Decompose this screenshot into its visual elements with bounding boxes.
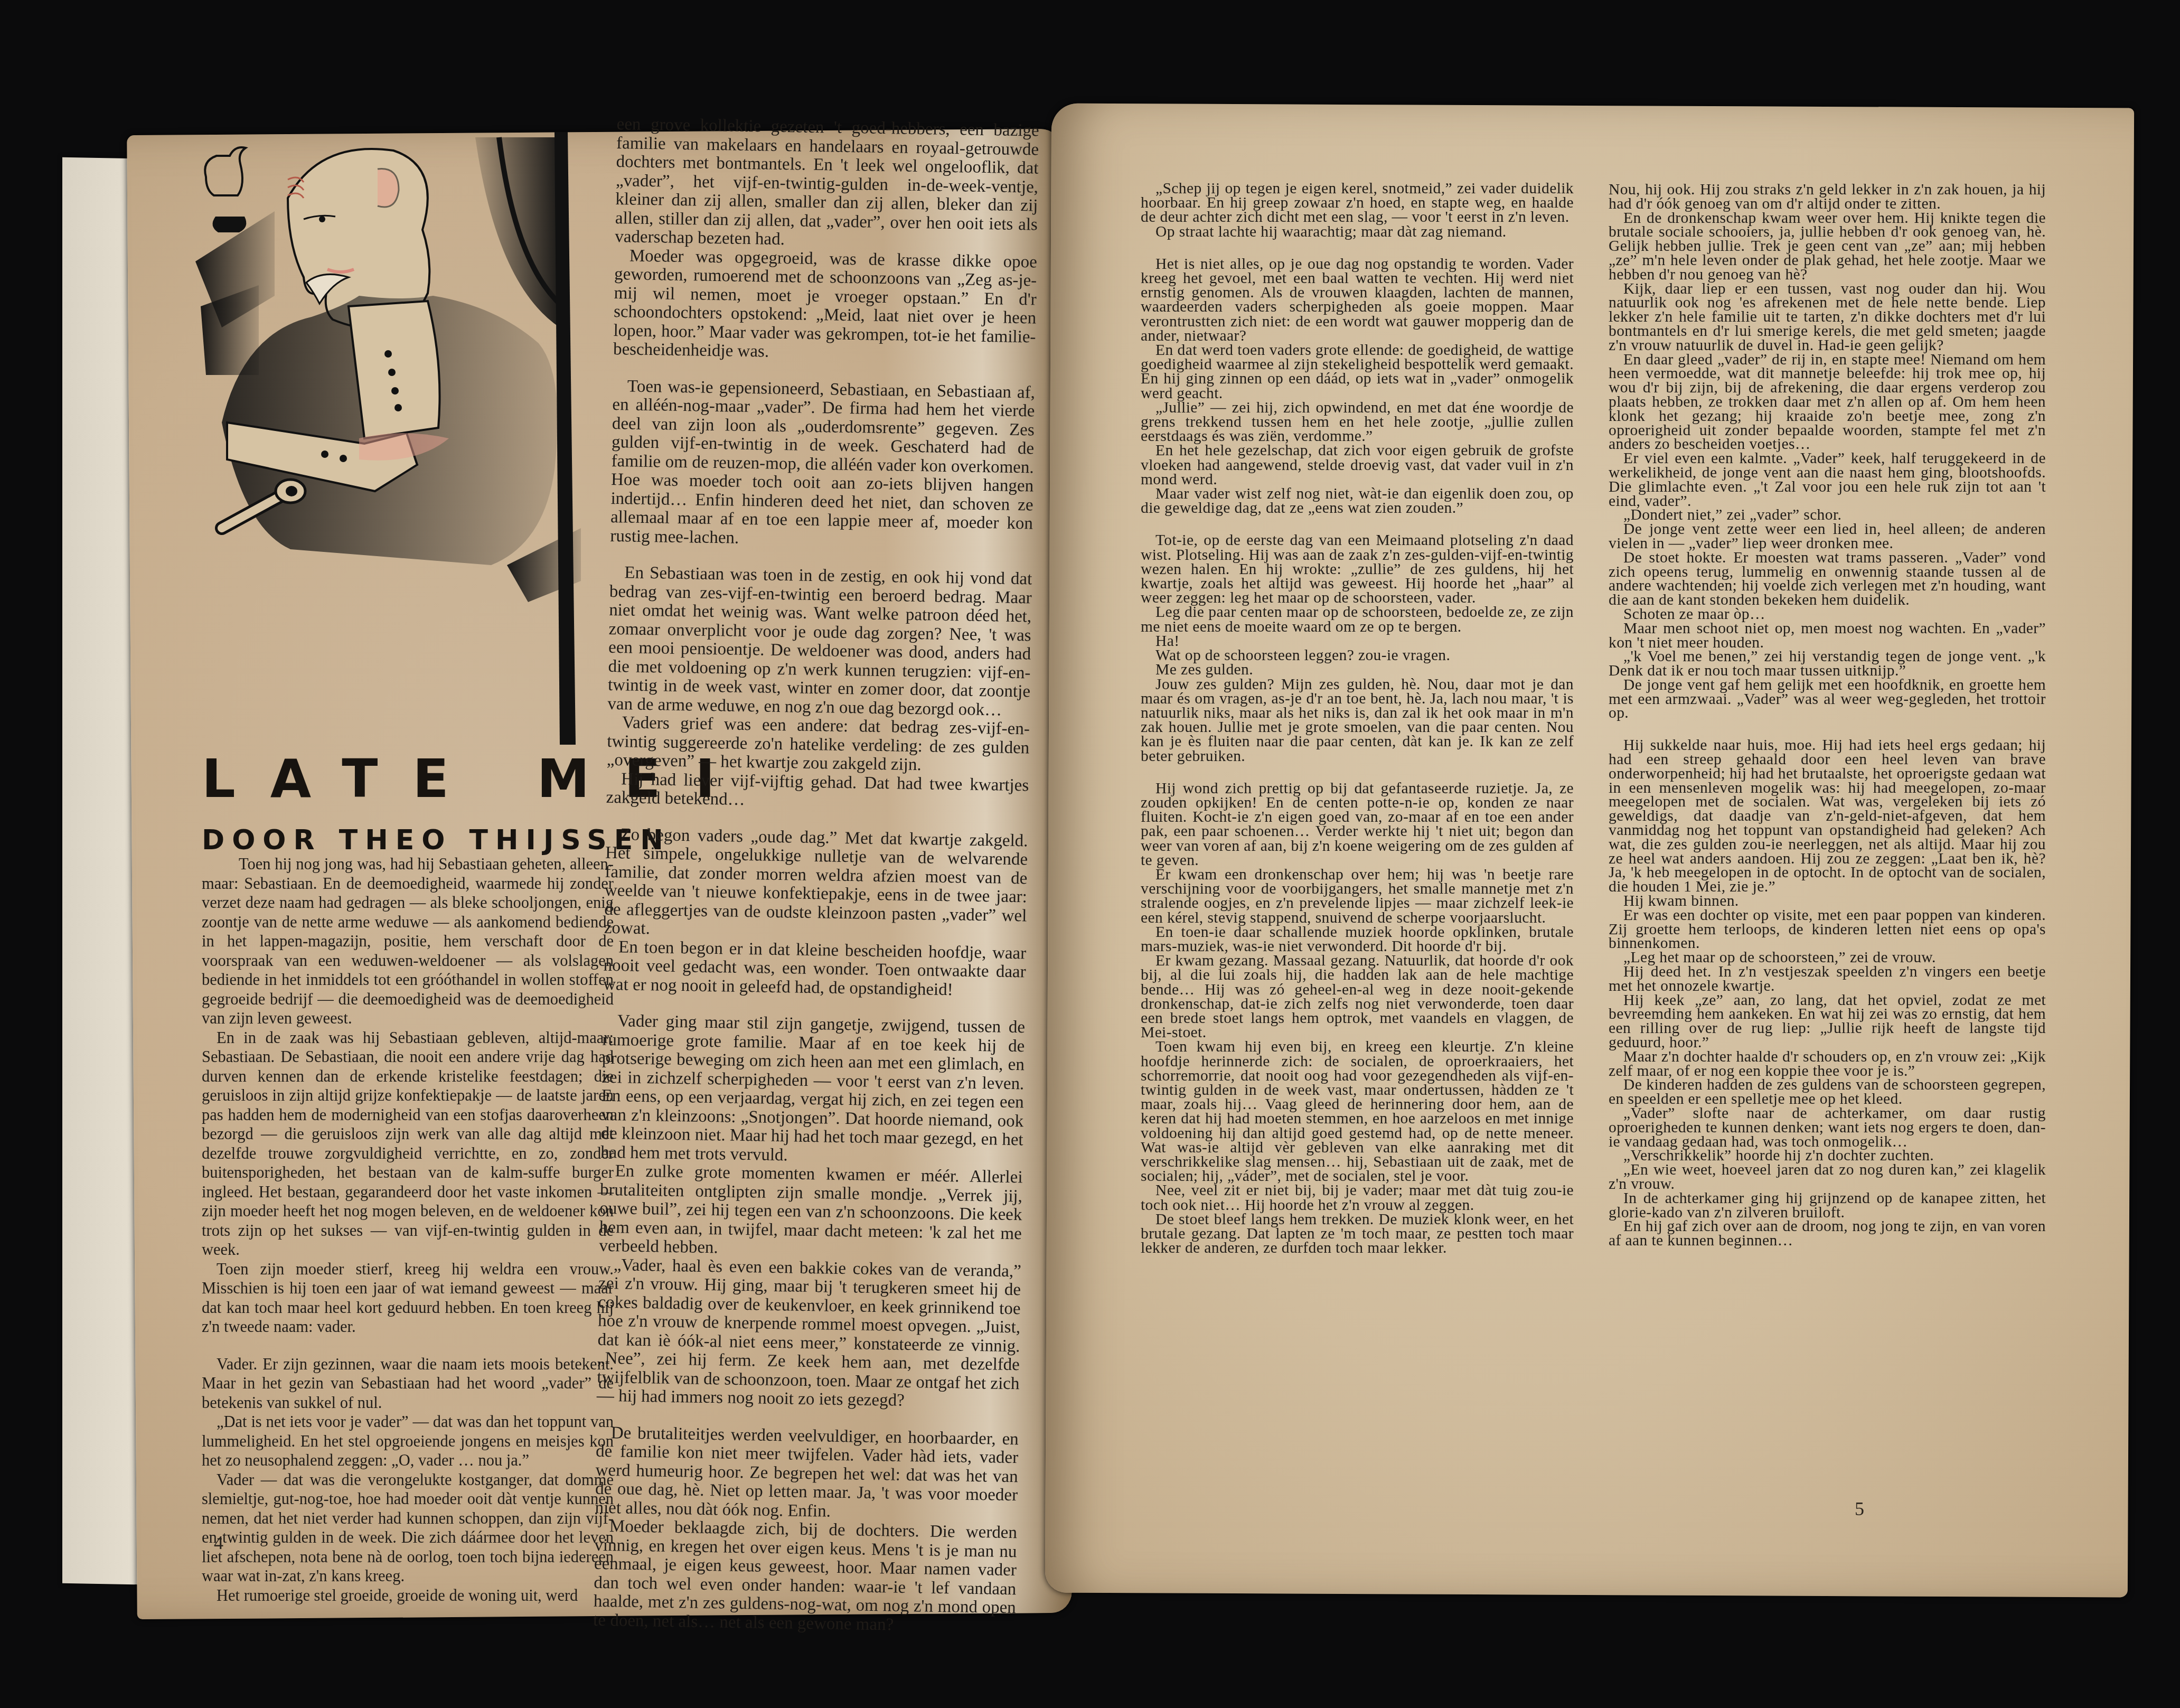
paragraph: „Dat is net iets voor je vader” — dat wa… [202,1412,614,1470]
paragraph: De jonge vent gaf hem gelijk met een hoo… [1609,678,2046,720]
paragraph: En in de zaak was hij Sebastiaan gebleve… [202,1028,614,1260]
paragraph: Er kwam gezang. Massaal gezang. Natuurli… [1141,954,1574,1040]
paragraph: Toen zijn moeder stierf, kreeg hij weldr… [202,1260,614,1337]
paragraph: En toen-ie daar schallende muziek hoorde… [1141,925,1574,954]
paragraph: Toen kwam hij even bij, en kreeg een kle… [1141,1040,1574,1184]
paragraph: Wat op de schoorsteen leggen? zou-ie vra… [1141,649,1574,663]
paragraph: „'k Voel me benen,” zei hij verstandig t… [1609,650,2046,678]
paragraph: „En wie weet, hoeveel jaren dat zo nog d… [1609,1163,2046,1191]
paragraph: Schoten ze maar òp… [1609,607,2046,622]
right-page-column-2: Nou, hij ook. Hij zou straks z'n geld le… [1609,183,2046,1248]
paragraph: „Jullie” — zei hij, zich opwindend, en m… [1141,401,1574,444]
paragraph: „Dondert niet,” zei „vader” schor. [1609,508,2046,522]
left-page-column-2: een grove kollektie gezeten 't goed-hebb… [593,115,1039,1636]
paragraph: Op straat lachte hij waarachtig; maar dà… [1141,225,1574,239]
paragraph: Vader ging maar stil zijn gangetje, zwij… [600,1012,1025,1169]
paragraph: En dat werd toen vaders grote ellende: d… [1141,343,1574,401]
paragraph: En de dronkenschap kwam weer over hem. H… [1609,211,2046,282]
paragraph: Leg die paar centen maar op de schoorste… [1141,605,1574,634]
page-number-left: 4 [214,1532,223,1554]
right-page-column-1: „Schep jij op tegen je eigen kerel, snot… [1141,182,1574,1255]
paragraph: Kijk, daar liep er een tussen, vast nog … [1609,282,2046,353]
paragraph: En hij gaf zich over aan de droom, nog j… [1609,1219,2046,1248]
paragraph: De brutaliteitjes werden veelvuldiger, e… [595,1423,1019,1524]
paragraph: „Verschrikkelik” hoorde hij z'n dochter … [1609,1149,2046,1163]
paragraph: En Sebastiaan was toen in de zestig, en … [607,564,1032,720]
paragraph: En zulke grote momenten kwamen er méér. … [599,1162,1023,1262]
magazine-spread: LATE MEI DOOR THEO THIJSSEN Toen hij nog… [0,0,2180,1708]
paragraph: Het is niet alles, op je oue dag nog ops… [1141,257,1574,343]
paragraph: Toen was-ie gepensioneerd, Sebastiaan, e… [610,377,1035,552]
paragraph: Me zes gulden. [1141,663,1574,677]
paragraph: Hij deed het. In z'n vestjeszak speelden… [1609,965,2046,993]
paragraph: De jonge vent zette weer een lied in, he… [1609,522,2046,551]
left-page-column-1: Toen hij nog jong was, had hij Sebastiaa… [202,855,614,1605]
paragraph: De kinderen hadden de zes guldens van de… [1609,1078,2046,1106]
paragraph: een grove kollektie gezeten 't goed-hebb… [615,115,1039,253]
paragraph: Vader. Er zijn gezinnen, waar die naam i… [202,1355,614,1413]
old-man-illustration [190,127,591,750]
paragraph: En toen begon er in dat kleine bescheide… [603,937,1027,1000]
paragraph: Het rumoerige stel groeide, groeide de w… [202,1586,614,1606]
paragraph: Ha! [1141,634,1574,649]
paragraph: Jouw zes gulden? Mijn zes gulden, hè. No… [1141,678,1574,764]
paragraph: Toen hij nog jong was, had hij Sebastiaa… [202,855,614,1028]
paragraph: En daar gleed „vader” de rij in, en stap… [1609,353,2046,452]
paragraph: De stoet hokte. Er moesten wat trams pas… [1609,551,2046,607]
paragraph: Hij kwam binnen. [1609,894,2046,908]
paragraph: In de achterkamer ging hij grijnzend op … [1609,1191,2046,1220]
paragraph: Maar z'n dochter haalde d'r schouders op… [1609,1050,2046,1078]
paragraph: „Leg het maar op de schoorsteen,” zei de… [1609,951,2046,965]
suit [222,296,558,565]
paragraph: „Schep jij op tegen je eigen kerel, snot… [1141,182,1574,225]
paragraph: Moeder beklaagde zich, bij de dochters. … [593,1517,1017,1637]
paragraph: Tot-ie, op de eerste dag van een Meimaan… [1141,533,1574,605]
paragraph: En het hele gezelschap, dat zich voor ei… [1141,444,1574,487]
paragraph: Vaders grief was een andere: dat bedrag … [607,714,1030,776]
paragraph: De stoet bleef langs hem trekken. De muz… [1141,1213,1574,1256]
paragraph: „Vader, haal ès even een bakkie cokes va… [597,1255,1021,1412]
article-byline: DOOR THEO THIJSSEN [202,822,603,859]
paragraph: Maar vader wist zelf nog niet, wàt-ie da… [1141,487,1574,515]
page-number-right: 5 [1855,1498,1864,1520]
paragraph: Moeder was opgegroeid, was de krasse dik… [613,246,1037,365]
paragraph: Nee, veel zit er niet bij, bij je vader;… [1141,1184,1574,1212]
paragraph: Maar men schoot niet op, men moest nog w… [1609,622,2046,650]
jug-icon [205,147,246,232]
paragraph: Nou, hij ook. Hij zou straks z'n geld le… [1609,183,2046,211]
paragraph: „Vader” slofte naar de achterkamer, om d… [1609,1106,2046,1149]
article-header: LATE MEI DOOR THEO THIJSSEN [202,750,603,859]
paragraph: Er was een dochter op visite, met een pa… [1609,908,2046,951]
paragraph: Hij keek „ze” aan, zo lang, dat het opvi… [1609,993,2046,1050]
paragraph: Er kwam een dronkenschap over hem; hij w… [1141,868,1574,925]
paragraph: Zo begon vaders „oude dag.” Met dat kwar… [604,825,1028,944]
paragraph: Er viel even een kalmte. „Vader” keek, h… [1609,452,2046,508]
article-title: LATE MEI [202,750,603,808]
paragraph: Hij had liever vijf-vijftig gehad. Dat h… [606,769,1029,814]
paragraph: Vader — dat was die verongelukte kostgan… [202,1470,614,1586]
paragraph: Hij sukkelde naar huis, moe. Hij had iet… [1609,738,2046,894]
paragraph: Hij wond zich prettig op bij dat gefanta… [1141,782,1574,868]
